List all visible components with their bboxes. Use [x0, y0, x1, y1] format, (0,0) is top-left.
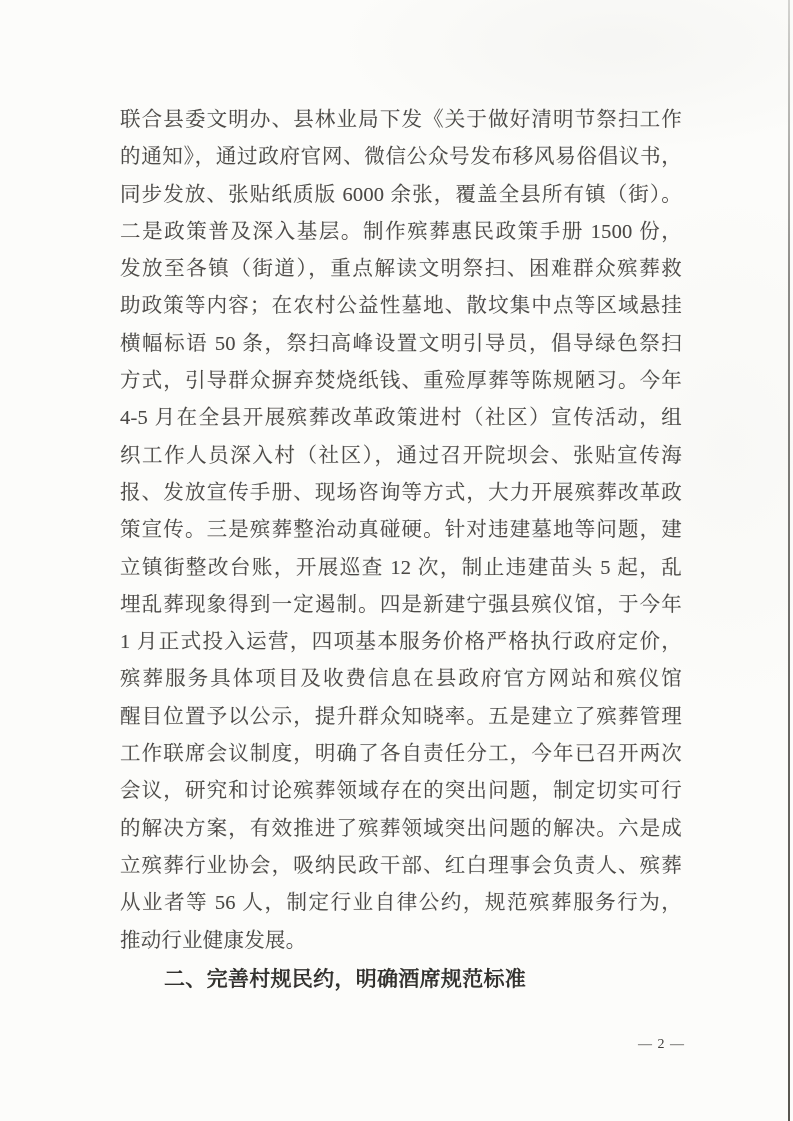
- body-line: 1 月正式投入运营，四项基本服务价格严格执行政府定价，: [120, 624, 682, 661]
- scanned-document-page: 联合县委文明办、县林业局下发《关于做好清明节祭扫工作的通知》，通过政府官网、微信…: [0, 0, 793, 1121]
- body-line: 横幅标语 50 条，祭扫高峰设置文明引导员，倡导绿色祭扫: [120, 326, 682, 363]
- scan-edge-artifact: [788, 0, 790, 1121]
- body-line: 方式，引导群众摒弃焚烧纸钱、重殓厚葬等陈规陋习。今年: [120, 363, 682, 400]
- body-line: 殡葬服务具体项目及收费信息在县政府官方网站和殡仪馆: [120, 661, 682, 698]
- body-line: 会议，研究和讨论殡葬领域存在的突出问题，制定切实可行: [120, 773, 682, 810]
- body-line: 二是政策普及深入基层。制作殡葬惠民政策手册 1500 份，: [120, 214, 682, 251]
- body-line: 推动行业健康发展。: [120, 923, 682, 960]
- body-line: 埋乱葬现象得到一定遏制。四是新建宁强县殡仪馆，于今年: [120, 587, 682, 624]
- body-line: 工作联席会议制度，明确了各自责任分工，今年已召开两次: [120, 736, 682, 773]
- body-line: 织工作人员深入村（社区），通过召开院坝会、张贴宣传海: [120, 438, 682, 475]
- body-line: 立殡葬行业协会，吸纳民政干部、红白理事会负责人、殡葬: [120, 848, 682, 885]
- body-line: 4-5 月在全县开展殡葬改革政策进村（社区）宣传活动，组: [120, 400, 682, 437]
- body-line: 同步发放、张贴纸质版 6000 余张，覆盖全县所有镇（街）。: [120, 177, 682, 214]
- body-line: 醒目位置予以公示，提升群众知晓率。五是建立了殡葬管理: [120, 699, 682, 736]
- body-line: 报、发放宣传手册、现场咨询等方式，大力开展殡葬改革政: [120, 475, 682, 512]
- body-line: 助政策等内容；在农村公益性墓地、散坟集中点等区域悬挂: [120, 288, 682, 325]
- section-heading: 二、完善村规民约，明确酒席规范标准: [120, 962, 682, 998]
- body-line: 的通知》，通过政府官网、微信公众号发布移风易俗倡议书，: [120, 139, 682, 176]
- body-line: 策宣传。三是殡葬整治动真碰硬。针对违建墓地等问题，建: [120, 512, 682, 549]
- body-line: 联合县委文明办、县林业局下发《关于做好清明节祭扫工作: [120, 102, 682, 139]
- body-line: 立镇街整改台账，开展巡查 12 次，制止违建苗头 5 起，乱: [120, 550, 682, 587]
- page-number: — 2 —: [638, 1037, 685, 1053]
- body-line: 发放至各镇（街道），重点解读文明祭扫、困难群众殡葬救: [120, 251, 682, 288]
- body-line: 从业者等 56 人，制定行业自律公约，规范殡葬服务行为，: [120, 885, 682, 922]
- document-body: 联合县委文明办、县林业局下发《关于做好清明节祭扫工作的通知》，通过政府官网、微信…: [120, 102, 682, 998]
- body-line: 的解决方案，有效推进了殡葬领域突出问题的解决。六是成: [120, 811, 682, 848]
